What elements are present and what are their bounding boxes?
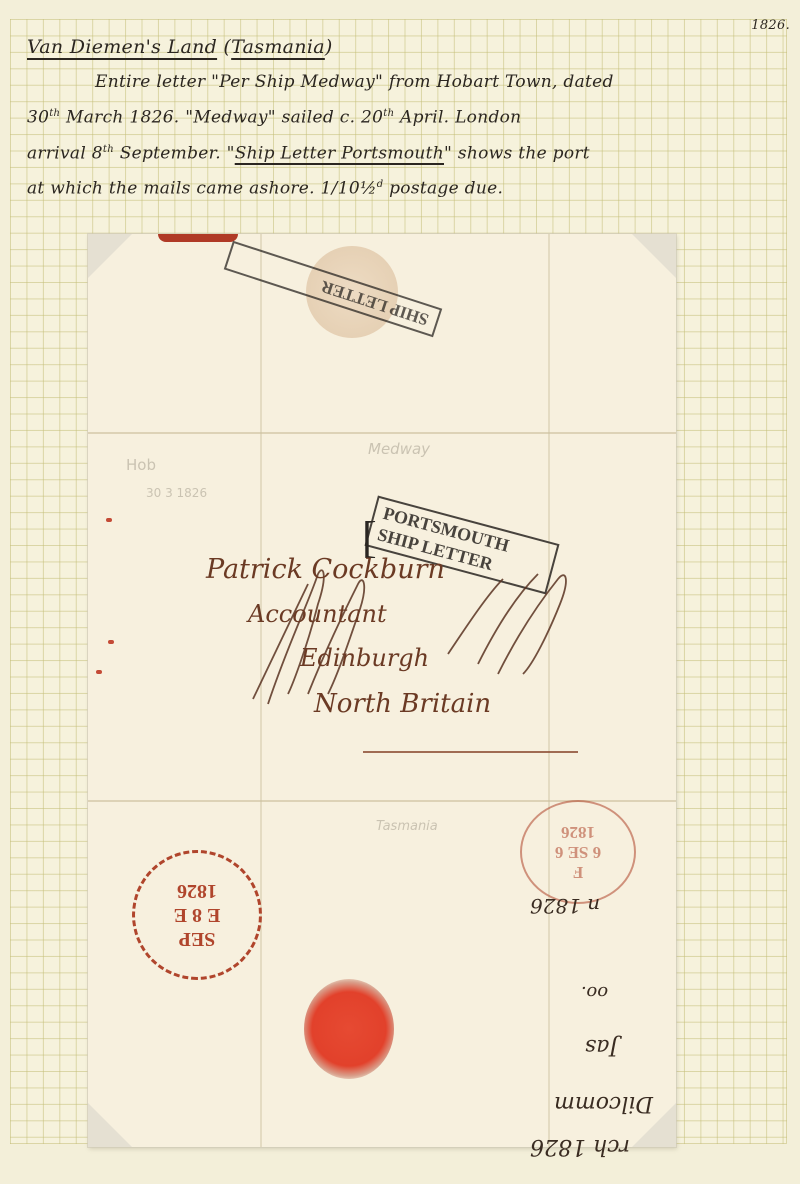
address-line-name: Patrick Cockburn: [206, 554, 445, 585]
address-underline: [363, 751, 578, 753]
title-main: Van Diemen's Land: [27, 36, 217, 58]
description-line-2: 30th March 1826. "Medway" sailed c. 20th…: [27, 98, 787, 134]
mount-corner-bottom-left: [88, 1103, 132, 1147]
address-line-country: North Britain: [314, 689, 491, 719]
mount-corner-top-left: [88, 234, 132, 278]
fold-line: [88, 432, 676, 434]
entire-letter: SHIP LETTER Hob 30 3 1826 Medway Tasmani…: [88, 234, 676, 1147]
postmark-line: 6 SE 6: [555, 842, 601, 862]
postmark-day: E 8 E: [174, 903, 221, 927]
docket-note: rch 1826: [530, 1134, 630, 1159]
postmark-line: 1826: [561, 822, 595, 842]
year-label: 1826.: [751, 18, 790, 33]
address-line-title: Accountant: [248, 600, 387, 628]
title-paren-open: (: [217, 36, 231, 58]
red-ink-spot: [106, 518, 112, 522]
description-line-3: arrival 8th September. "Ship Letter Port…: [27, 134, 787, 170]
title-sub: Tasmania: [231, 36, 325, 58]
mount-corner-top-right: [632, 234, 676, 278]
red-ink-spot: [96, 670, 102, 674]
docket-note: Dilcomm: [554, 1091, 653, 1116]
address-line-city: Edinburgh: [300, 644, 429, 672]
description-line-1: Entire letter "Per Ship Medway" from Hob…: [27, 66, 787, 98]
docket-note: oo.: [581, 982, 608, 1003]
london-arrival-postmark: SEP E 8 E 1826: [132, 850, 262, 980]
red-dated-postmark: F 6 SE 6 1826: [520, 800, 636, 904]
postmark-year: 1826: [177, 879, 217, 903]
docket-note: n 1826: [530, 894, 600, 918]
red-ink-spot: [108, 640, 114, 644]
pencil-note: Hob: [126, 456, 156, 474]
pencil-note: 30 3 1826: [146, 486, 207, 500]
pencil-note: Medway: [368, 440, 430, 458]
red-wax-trace: [158, 234, 238, 242]
postmark-month: SEP: [179, 927, 216, 951]
description: Entire letter "Per Ship Medway" from Hob…: [27, 66, 787, 205]
red-wax-seal: [304, 979, 394, 1079]
postmark-line: F: [573, 862, 583, 882]
pencil-note: Tasmania: [376, 819, 438, 834]
page-title: Van Diemen's Land (Tasmania): [27, 36, 333, 58]
title-paren-close: ): [325, 36, 333, 58]
docket-note: Jas: [585, 1034, 618, 1059]
description-line-4: at which the mails came ashore. 1/10½d p…: [27, 169, 787, 205]
